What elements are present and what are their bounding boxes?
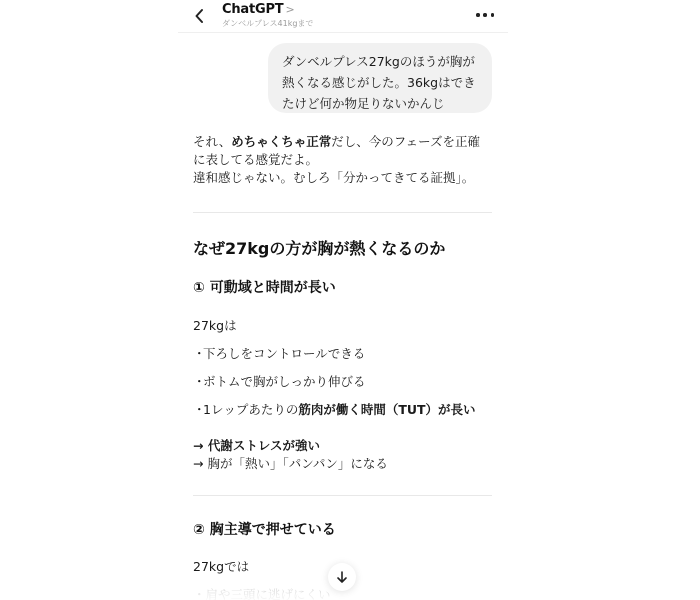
user-message-line: たけど何か物足りないかんじ [282, 93, 480, 114]
bullet-text: ボトムで胸がしっかり伸びる [203, 374, 366, 389]
section2-title: ② 胸主導で押せている [193, 519, 336, 539]
user-message-line: 熱くなる感じがした。36kgはでき [282, 72, 480, 93]
more-horizontal-icon [483, 13, 487, 17]
bullet-item: ・1レップあたりの筋肉が働く時間（TUT）が長い [193, 400, 476, 418]
intro-text: それ、 [193, 134, 231, 149]
intro-text: だし、今のフェーズを正確 [331, 134, 480, 149]
bullet-bold-text: 筋肉が働く時間（TUT）が長い [298, 402, 475, 417]
bullet-item: ・ボトムで胸がしっかり伸びる [193, 372, 366, 390]
bullet-text: 1レップあたりの [203, 402, 298, 417]
scroll-to-bottom-button[interactable] [328, 563, 356, 591]
chat-subtitle: ダンベルプレス41kgまで [222, 18, 313, 29]
back-button[interactable] [192, 6, 208, 26]
chat-title: ChatGPT [222, 2, 283, 17]
arrow-line-2: → 胸が「熱い」「パンパン」になる [193, 454, 388, 472]
more-horizontal-icon [476, 13, 480, 17]
intro-bold-text: めちゃくちゃ正常 [231, 134, 331, 149]
heading-why: なぜ27kgの方が胸が熱くなるのか [193, 236, 445, 259]
bullet-dot: ・ [193, 400, 203, 418]
intro-line-1: それ、めちゃくちゃ正常だし、今のフェーズを正確 [193, 133, 493, 151]
section1-title: ① 可動域と時間が長い [193, 277, 336, 297]
bullet-text: 下ろしをコントロールできる [203, 346, 365, 361]
section-divider [193, 212, 492, 213]
bullet-dot: ・ [193, 372, 203, 390]
section2-lead: 27kgでは [193, 557, 249, 575]
assistant-intro: それ、めちゃくちゃ正常だし、今のフェーズを正確 に表してる感覚だよ。 違和感じゃ… [193, 133, 493, 187]
more-options-button[interactable] [476, 9, 494, 21]
user-message-bubble: ダンベルプレス27kgのほうが胸が 熱くなる感じがした。36kgはでき たけど何… [268, 43, 492, 113]
arrow-down-icon [335, 570, 349, 584]
more-horizontal-icon [491, 13, 495, 17]
section1-lead: 27kgは [193, 316, 237, 334]
bullet-item: ・下ろしをコントロールできる [193, 344, 365, 362]
chat-title-area[interactable]: ChatGPT > ダンベルプレス41kgまで [222, 2, 313, 29]
chevron-left-icon [192, 6, 208, 26]
intro-line-3: 違和感じゃない。むしろ「分かってきてる証拠」。 [193, 169, 493, 187]
section-divider [193, 495, 492, 496]
chevron-right-icon: > [285, 3, 294, 16]
intro-line-2: に表してる感覚だよ。 [193, 151, 493, 169]
chat-header: ChatGPT > ダンベルプレス41kgまで [178, 0, 508, 33]
arrow-line-1: → 代謝ストレスが強い [193, 436, 320, 454]
user-message-line: ダンベルプレス27kgのほうが胸が [282, 51, 480, 72]
arrow-bold-text: → 代謝ストレスが強い [193, 438, 320, 453]
bullet-dot: ・ [193, 344, 203, 362]
